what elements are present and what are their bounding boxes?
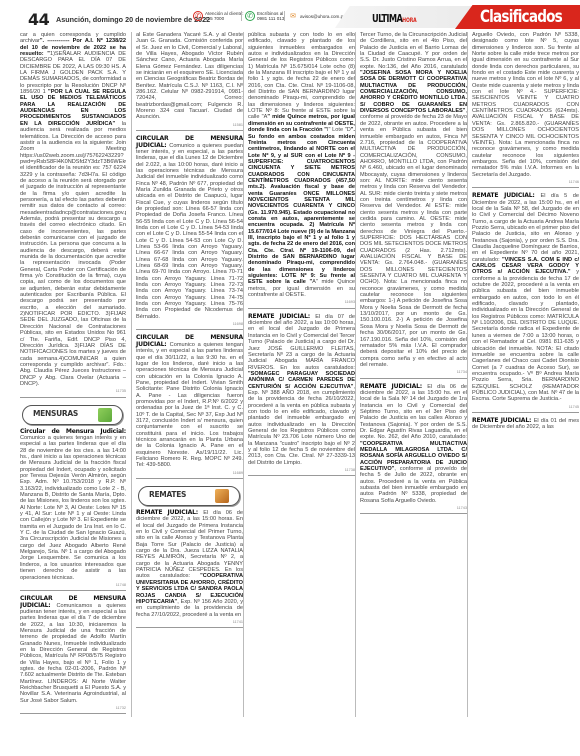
page-number: 44 [28,10,49,29]
ad-title: REMATE JUDICIAL: [248,313,315,320]
ad-divider [360,513,467,517]
classified-ad: REMATE JUDICIAL: El día 07 de diciembre … [248,314,355,466]
classified-ad: CIRCULAR DE MENSURA JUDICIAL: Comunico a… [136,335,243,468]
phone-icon: ✆ [193,11,203,21]
gavel-icon [215,489,229,503]
classified-ad: REMATE JUDICIAL: El día 01 del mes de Di… [472,418,579,431]
classified-ad: Circular de Mensura Judicial: Comunico a… [20,429,126,581]
classified-ad: REMATE JUDICIAL: El día 5 de Diciembre d… [472,193,579,402]
ad-divider [472,412,579,416]
ad-body: Comunico a quienes tengan interés y en e… [20,435,126,581]
ad-body: El día 06 de diciembre de 2022, a las 15… [360,384,467,504]
section-banner-remates: REMATES [138,486,240,506]
classified-ad: Arguello Oviedo, con Padrón Nº 5338, des… [472,32,579,178]
classified-ad: car a quien corresponda y cumplido archi… [20,32,126,387]
ad-title: REMATE JUDICIAL: [136,509,203,516]
ad-code: 11746 [472,179,579,185]
ad-divider [20,397,126,401]
ad-code: 11698 [136,321,243,327]
ad-code: 11748 [20,582,126,588]
ad-divider [136,478,243,482]
ad-body: El día 06 de diciembre de 2022, a las 15… [136,510,243,618]
ad-body: El día 07 de diciembre del año 2022, a l… [248,314,355,466]
ad-code: 11689 [136,470,243,476]
ad-code: 11738 [248,467,355,473]
ad-title: REMATE JUDICIAL: [472,417,534,424]
classified-ad: pública subasta y con todo lo en ello ed… [248,32,355,298]
contact-phone[interactable]: ✆ Atención al cliente:415 7000 [193,11,244,21]
classified-ad: al Este Ganadera Yacaré S.A. y al Oeste … [136,32,243,121]
newspaper-logo: ULTIMAHORA [372,12,416,25]
page-header: 44 Asunción, domingo 20 de noviembre de … [0,0,580,28]
column-2: al Este Ganadera Yacaré S.A. y al Oeste … [131,32,243,717]
ad-code: 11735 [20,388,126,394]
email-icon: ✉ [288,11,298,21]
ad-body: al Este Ganadera Yacaré S.A. y al Oeste … [136,32,243,120]
ad-divider [248,475,355,479]
ad-body: pública subasta y con todo lo en ello ed… [248,32,355,298]
ad-code: 11745 [472,404,579,410]
contact-email[interactable]: ✉ avisos@uhora.com.py [284,11,346,21]
map-icon [98,408,112,422]
ad-body: car a quien corresponda y cumplido archi… [20,32,126,387]
ad-body: Arguello Oviedo, con Padrón Nº 5338, des… [472,32,579,178]
ad-code: 11741 [136,619,243,625]
ad-divider [472,187,579,191]
whatsapp-icon: ✆ [245,11,255,21]
ad-divider [136,130,243,134]
column-4: Tercer Turno, de la Circunscripción Judi… [355,32,467,717]
classifieds-columns: car a quien corresponda y cumplido archi… [20,32,580,756]
ad-code: 11732 [20,705,126,711]
ad-divider [20,590,126,594]
section-title: Clasificados [480,7,562,27]
ad-code: 11693 [248,299,355,305]
classified-ad: REMATE JUDICIAL: El día 06 de diciembre … [136,510,243,618]
ad-code: 11743 [360,505,467,511]
contact-whatsapp[interactable]: ✆ Escríbinos al0981 111 013 [241,11,284,21]
ad-code: 11734 [360,369,467,375]
ad-divider [136,329,243,333]
publication-date: Asunción, domingo 20 de noviembre de 202… [56,15,210,24]
ad-body: Comunico a quienes tengan interés, y en … [136,342,243,469]
section-banner-mensuras: MENSURAS [22,405,123,425]
classified-ad: CIRCULAR DE MENSURA JUDICIAL: Comunico a… [136,136,243,320]
ad-divider [20,713,126,717]
ad-body: Comunicamos a quienes pudieran tener int… [20,603,126,704]
column-5: Arguello Oviedo, con Padrón Nº 5338, des… [467,32,579,717]
column-3: pública subasta y con todo lo en ello ed… [243,32,355,717]
ad-title: REMATE JUDICIAL: [360,383,427,390]
ad-divider [360,378,467,382]
ad-title: REMATE JUDICIAL: [472,192,540,199]
classified-ad: REMATE JUDICIAL: El día 06 de diciembre … [360,384,467,505]
ad-body: Comunico a quienes puedan tener interés,… [136,143,243,320]
column-1: car a quien corresponda y cumplido archi… [20,32,126,717]
ad-body: El día 5 de Diciembre de 2022, a las 15:… [472,193,579,402]
ad-divider [248,308,355,312]
classified-ad: Tercer Turno, de la Circunscripción Judi… [360,32,467,368]
ad-body: Tercer Turno, de la Circunscripción Judi… [360,32,467,368]
ad-title: Circular de Mensura Judicial: [20,428,126,435]
ad-divider [136,627,243,631]
ad-code: 11581 [136,122,243,128]
classified-ad: CIRCULAR DE MENSURA JUDICIAL: Comunicamo… [20,596,126,704]
